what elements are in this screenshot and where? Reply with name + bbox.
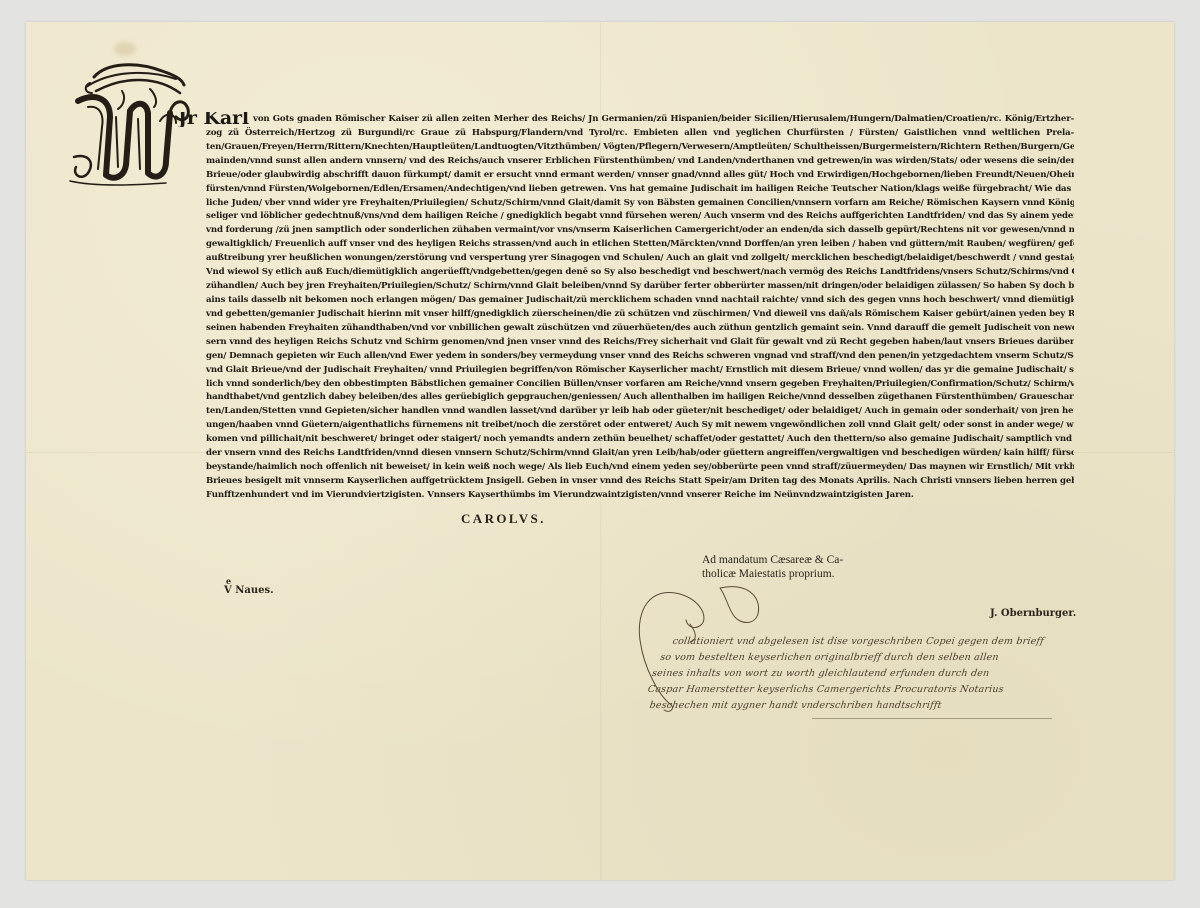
manuscript-line: collationiert vnd abgelesen ist dise vor… xyxy=(671,634,1113,650)
text-line: vnd Glait Brieue/vnd der Judischait Frey… xyxy=(178,364,1074,378)
paper-stain xyxy=(114,42,136,56)
manuscript-line: seines inhalts von wort zu worth gleichl… xyxy=(651,666,1109,682)
text-line: mainden/vnnd sunst allen andern vnnsern/… xyxy=(178,155,1074,169)
text-line: Brieues besigelt mit vnnserm Kayserliche… xyxy=(178,475,1074,489)
text-line: gewaltigklich/ Freuenlich auff vnser vnd… xyxy=(178,238,1074,252)
text-line: komen vnd pillichait/nit beschweret/ bri… xyxy=(178,433,1074,447)
accent-mark: e xyxy=(226,576,231,586)
text-line: ains tails dasselb nit bekomen noch erla… xyxy=(178,294,1074,308)
text-line: handthabet/vnd gentzlich dabey beleiben/… xyxy=(178,391,1074,405)
text-line: ten/Grauen/Freyen/Herrn/Rittern/Knechten… xyxy=(178,141,1074,155)
text-line: zog zü Österreich/Hertzog zü Burgundi/rc… xyxy=(178,127,1074,141)
manuscript-line: Caspar Hamerstetter keyserlichs Camerger… xyxy=(647,682,1107,698)
text-line: Jr Karlvon Gots gnaden Römischer Kaiser … xyxy=(178,112,1074,127)
text-line: vnd forderung /zü jnen samptlich oder so… xyxy=(178,224,1074,238)
text-line: der vnsern vnnd des Reichs Landtfriden/v… xyxy=(178,447,1074,461)
text-line: vnd gebetten/gemanier Judischait hierinn… xyxy=(178,308,1074,322)
mandate-line: tholicæ Maiestatis proprium. xyxy=(702,567,843,581)
manuscript-attestation: collationiert vnd abgelesen ist dise vor… xyxy=(652,634,1113,714)
text-line: Funfftzenhundert vnd im Vierundviertzigi… xyxy=(178,489,1074,503)
decorated-initial-w-icon xyxy=(66,57,190,187)
text-line: ungen/haaben vnnd Güetern/aigenthatlichs… xyxy=(178,419,1074,433)
manuscript-underline xyxy=(812,718,1052,719)
charter-body-text: Jr Karlvon Gots gnaden Römischer Kaiser … xyxy=(178,112,1074,503)
opening-words: Jr Karl xyxy=(178,112,249,127)
manuscript-line: beschechen mit aygner handt vnderschribe… xyxy=(648,698,1104,714)
mandate-line: Ad mandatum Cæsareæ & Ca- xyxy=(702,553,843,567)
text-line: seliger vnd löblicher gedechtnuß/vns/vnd… xyxy=(178,210,1074,224)
text-line: beystande/haimlich noch offenlich nit be… xyxy=(178,461,1074,475)
text-line: ten/Landen/Stetten vnnd Gepieten/sicher … xyxy=(178,405,1074,419)
mandate-notice: Ad mandatum Cæsareæ & Ca- tholicæ Maiest… xyxy=(702,553,843,581)
text-line: liche Juden/ vber vnnd wider yre Freyhai… xyxy=(178,197,1074,211)
printed-signature-carolus: CAROLVS. xyxy=(461,511,546,527)
text-line: außtreibung yrer heußlichen wonungen/zer… xyxy=(178,252,1074,266)
text-line: Vnd wiewol Sy etlich auß Euch/diemütigkl… xyxy=(178,266,1074,280)
text-line: zühandlen/ Auch bey jren Freyhaiten/Priu… xyxy=(178,280,1074,294)
text-line: gen/ Demnach gepieten wir Euch allen/vnd… xyxy=(178,350,1074,364)
text-line: lich vnnd sonderlich/bey den obbestimpte… xyxy=(178,378,1074,392)
countersign-right: J. Obernburger. xyxy=(990,608,1076,619)
text-line: Brieue/oder glaubwirdig abschrifft dauon… xyxy=(178,169,1074,183)
text-line: sern vnnd des heyligen Reichs Schutz vnd… xyxy=(178,336,1074,350)
countersign-left-text: V Naues. xyxy=(224,585,274,596)
text-line: fürsten/vnnd Fürsten/Wolgebornen/Edlen/E… xyxy=(178,183,1074,197)
manuscript-line: so vom bestelten keyserlichen originalbr… xyxy=(659,650,1111,666)
text-line: seinen habenden Freyhaiten zühandthaben/… xyxy=(178,322,1074,336)
countersign-left: e V Naues. xyxy=(224,585,274,596)
